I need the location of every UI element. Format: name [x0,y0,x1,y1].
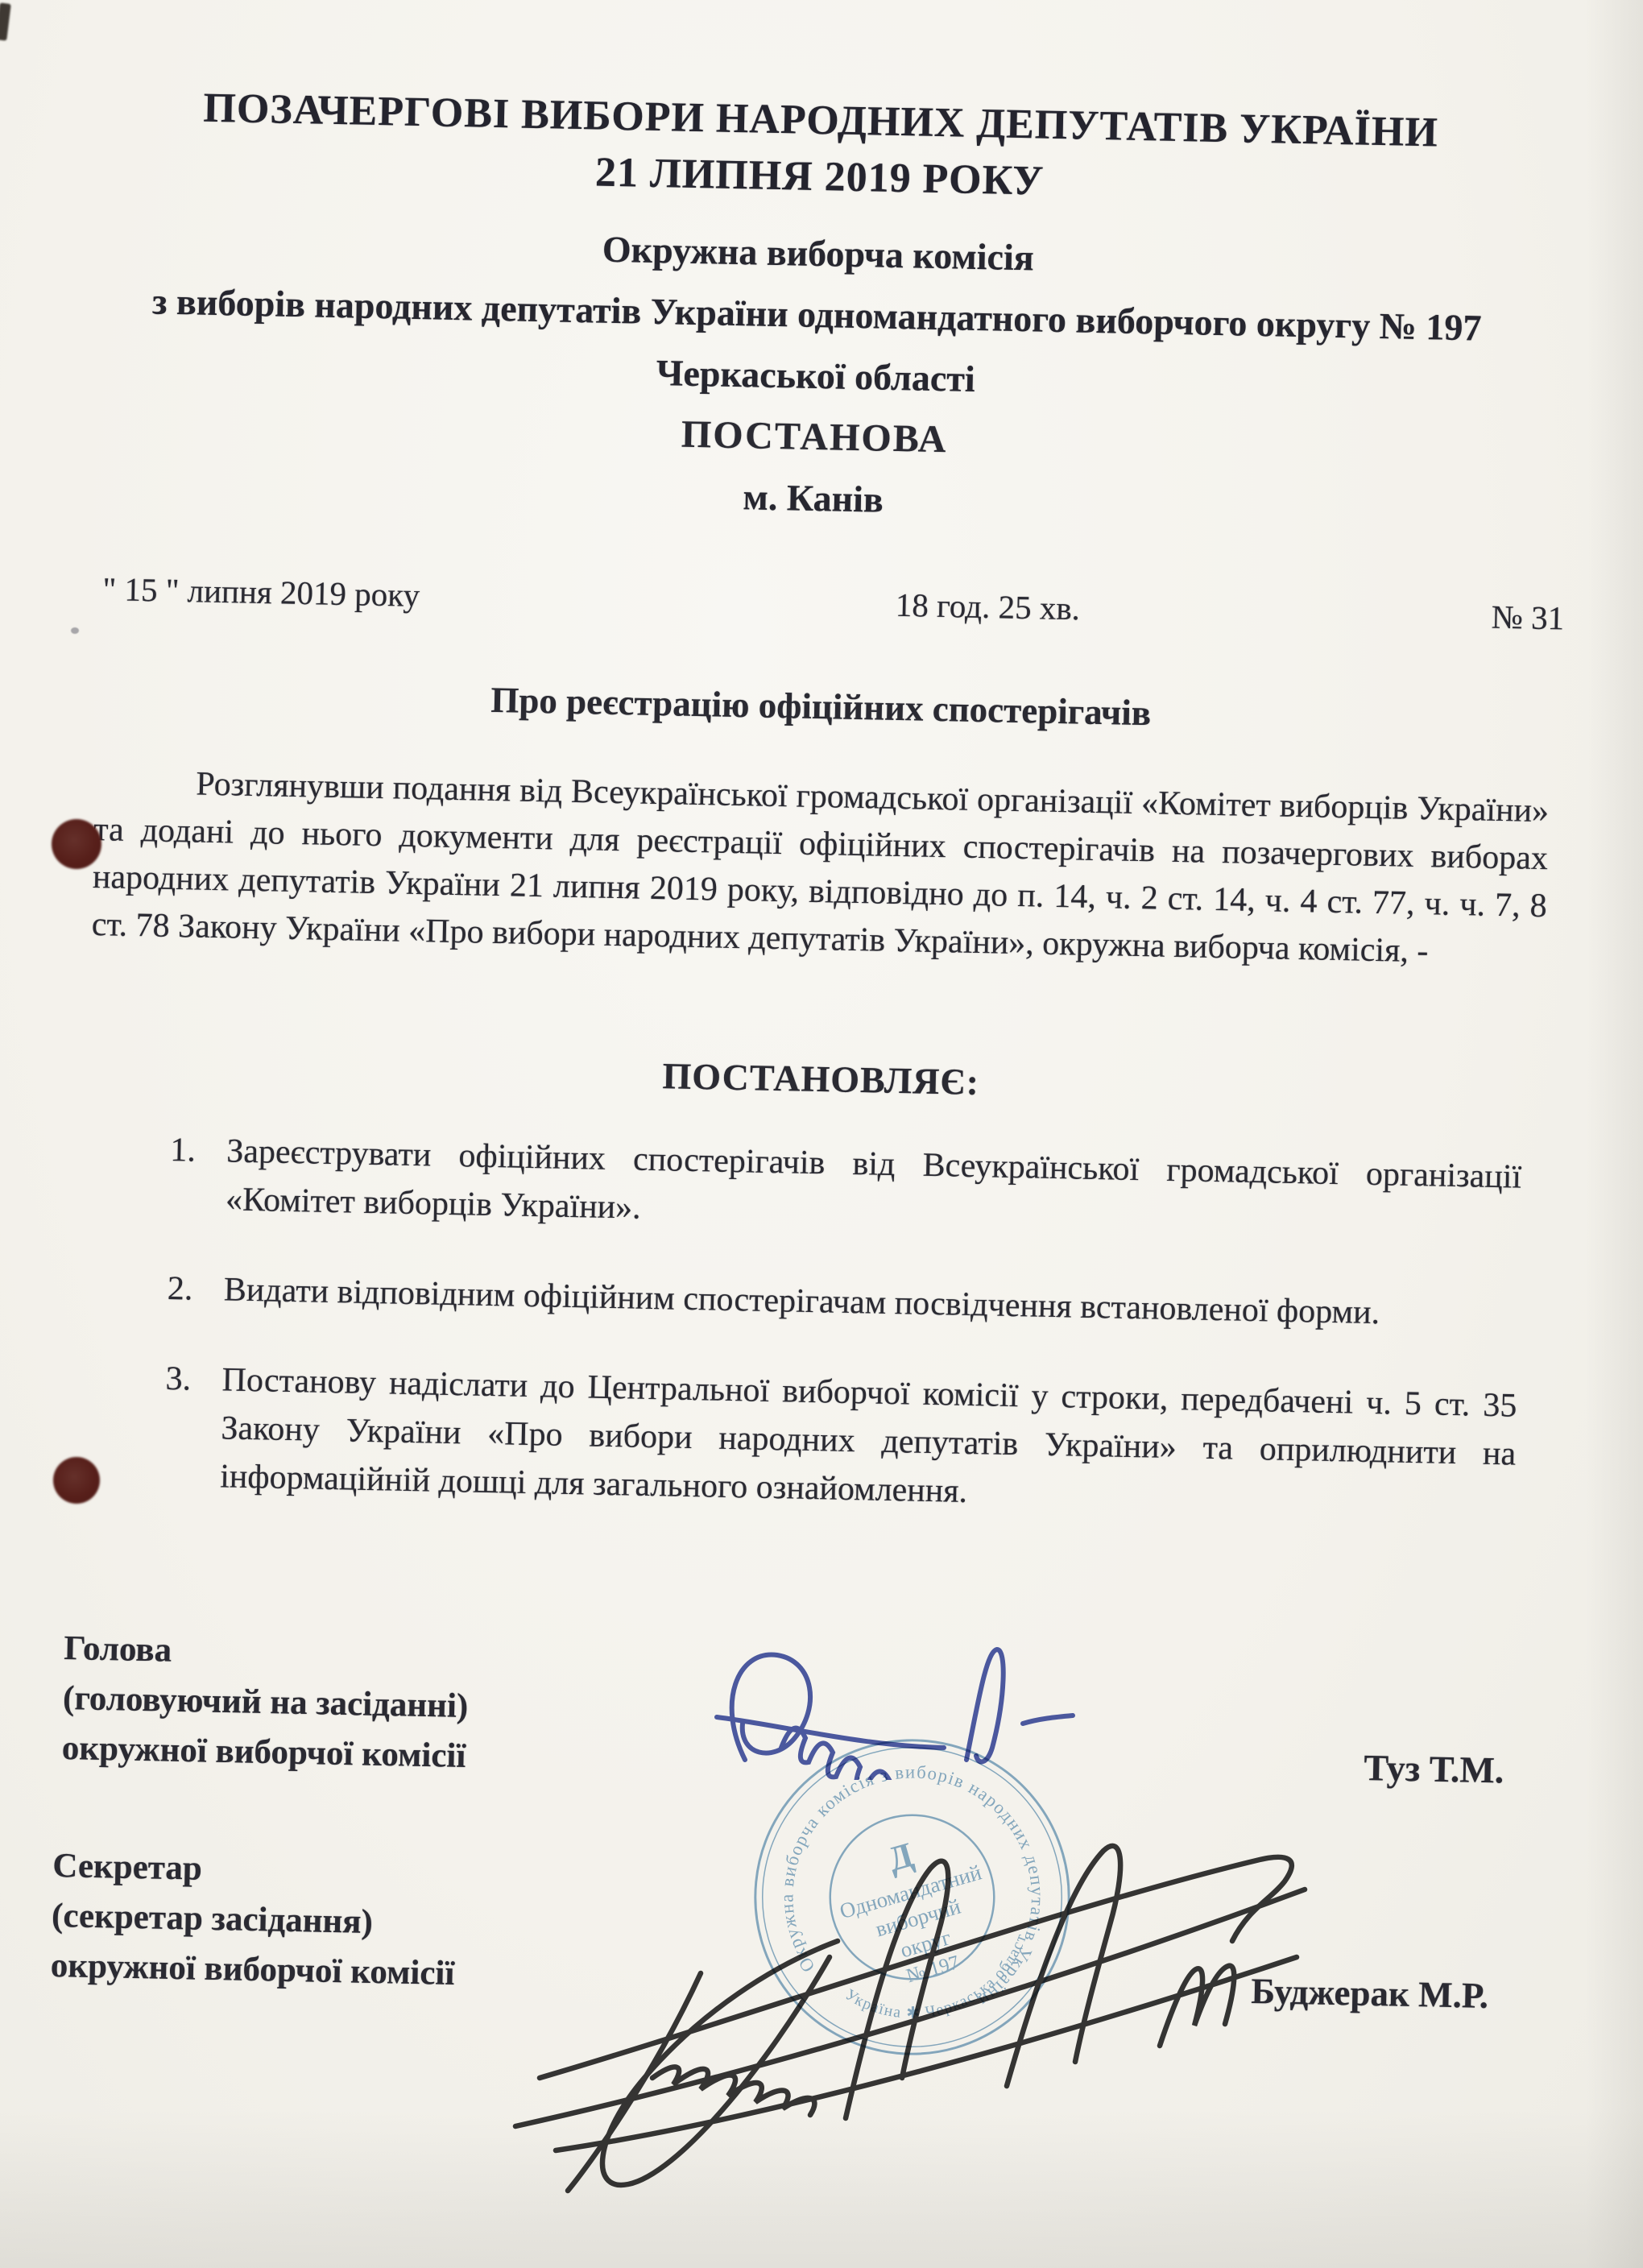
resolution-number: 2. [167,1264,193,1314]
document-meta-row: " 15 " липня 2019 року 18 год. 25 хв. № … [102,569,1565,638]
page-corner-mark [0,2,11,40]
document-number: № 31 [1491,597,1564,639]
chairman-signature [701,1627,1103,1780]
chairman-role-line: Голова [64,1624,470,1682]
hole-punch-top [52,819,101,869]
chairman-role-line: (головуючий на засіданні) [63,1674,469,1732]
chairman-role-line: окружної виборчої комісії [61,1724,467,1782]
document-subject: Про реєстрацію офіційних спостерігачів [56,668,1587,744]
secretary-role-line: Секретар [52,1841,457,1899]
secretary-role-line: (секретар засідання) [52,1891,457,1949]
resolution-text: Видати відповідним офіційним спостерігач… [223,1271,1380,1331]
secretary-signature [491,1812,1329,2215]
resolution-item-3: 3. Постанову надіслати до Центральної ви… [163,1355,1517,1527]
chairman-role-block: Голова (головуючий на засіданні) окружно… [61,1624,470,1782]
preamble-paragraph: Розглянувши подання від Всеукраїнської г… [91,759,1549,978]
document-date: " 15 " липня 2019 року [102,569,420,615]
scanned-document-page: ПОЗАЧЕРГОВІ ВИБОРИ НАРОДНИХ ДЕПУТАТІВ УК… [0,0,1643,2268]
resolutions-list: 1. Зареєструвати офіційних спостерігачів… [163,1126,1522,1569]
resolution-text: Постанову надіслати до Центральної вибор… [220,1361,1517,1510]
document-header: ПОЗАЧЕРГОВІ ВИБОРИ НАРОДНИХ ДЕПУТАТІВ УК… [48,77,1586,538]
scan-speck [71,627,79,634]
resolution-number: 1. [170,1126,197,1175]
document-time: 18 год. 25 хв. [895,585,1080,629]
resolution-text: Зареєструвати офіційних спостерігачів ві… [226,1132,1522,1226]
resolution-item-2: 2. Видати відповідним офіційним спостері… [167,1264,1519,1340]
secretary-role-line: окружної виборчої комісії [50,1941,455,1999]
resolution-item-1: 1. Зареєструвати офіційних спостерігачів… [169,1126,1522,1250]
hole-punch-bottom [53,1457,100,1504]
chairman-name: Туз Т.М. [1364,1746,1504,1791]
secretary-role-block: Секретар (секретар засідання) окружної в… [50,1841,457,1999]
resolves-heading: ПОСТАНОВЛЯЄ: [56,1042,1587,1115]
resolution-number: 3. [165,1355,192,1404]
